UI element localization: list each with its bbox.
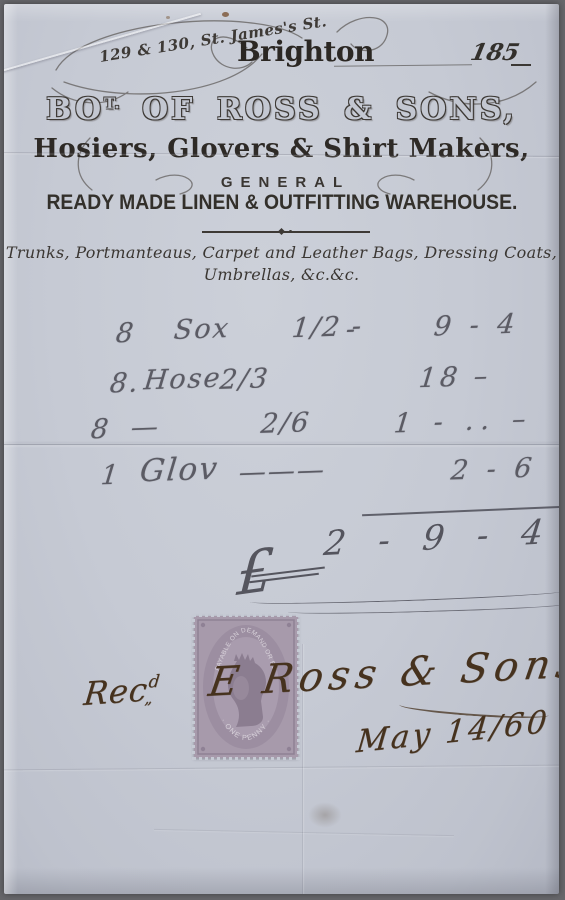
unit-price: 2/3: [218, 363, 271, 396]
fold-crease: [4, 444, 559, 445]
paper-stain: [308, 802, 342, 828]
amount: 1 - .. –: [392, 404, 534, 440]
year-field: 185: [468, 39, 522, 66]
quantity: 8: [89, 414, 111, 446]
amount: 2 - 6: [449, 452, 538, 486]
warehouse-line: READY MADE LINEN & OUTFITTING WAREHOUSE.: [4, 191, 559, 215]
quantity: 1: [99, 460, 121, 492]
amount: 18 –: [417, 361, 493, 395]
item-name: —: [129, 411, 161, 443]
received-text: Rec: [82, 670, 150, 713]
title-rest: OF ROSS & SONS,: [121, 92, 517, 127]
scanned-billhead: 129 & 130, St. James's St. Brighton 185 …: [0, 0, 565, 900]
date-rule-line: [334, 64, 472, 66]
divider-rule: [202, 231, 370, 233]
divider-diamond-ornament: [278, 228, 285, 235]
goods-line-2: Umbrellas, &c.&c.: [4, 265, 559, 284]
goods-line-1: Trunks, Portmanteaus, Carpet and Leather…: [4, 243, 559, 262]
divider-dot-ornament: [289, 230, 292, 233]
item-name: Glov: [138, 451, 221, 490]
year-underline: [511, 64, 531, 66]
bought-of-title: BOT. OF ROSS & SONS,: [4, 92, 559, 127]
item-name: Hose: [142, 363, 223, 397]
dash-mark: ———: [237, 454, 327, 488]
title-superscript: T.: [104, 95, 120, 113]
quantity: 8: [114, 318, 136, 350]
fold-crease: [4, 765, 559, 771]
quantity: 8.: [108, 367, 141, 399]
warehouse-text: READY MADE LINEN & OUTFITTING WAREHOUSE.: [46, 191, 517, 215]
ink-speck: [222, 12, 229, 17]
title-pre: BO: [46, 92, 104, 127]
amount: 9 - 4: [432, 308, 521, 342]
item-name: Sox: [172, 313, 231, 346]
general-label: GENERAL: [4, 174, 559, 191]
unit-price: 2/6: [259, 407, 312, 440]
town-name: Brighton: [237, 35, 374, 68]
trade-description: Hosiers, Glovers & Shirt Makers,: [4, 134, 559, 164]
fold-crease: [154, 829, 454, 836]
ink-speck: [166, 16, 170, 19]
received-label: Recd„: [82, 669, 170, 713]
total-amount: 2 - 9 - 4: [322, 512, 557, 564]
billhead-paper: 129 & 130, St. James's St. Brighton 185 …: [4, 4, 559, 894]
received-abbrev-mark: „: [144, 689, 155, 708]
